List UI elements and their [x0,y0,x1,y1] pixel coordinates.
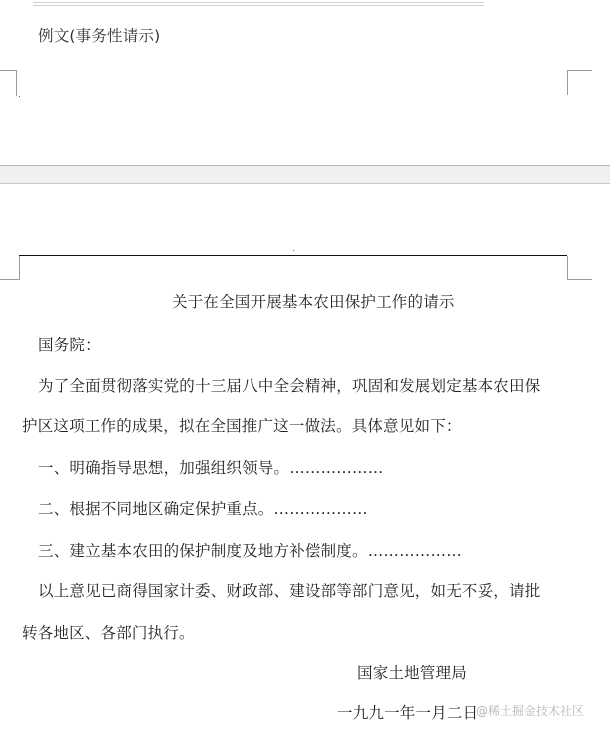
previous-page: 例文(事务性请示) [0,0,610,165]
page-top-rule [33,2,484,6]
header-rule [19,255,567,256]
closing-paragraph[interactable]: 以上意见已商得国家计委、财政部、建设部等部门意见，如无不妥，请批 [38,579,540,601]
header-dot [293,250,294,251]
list-item[interactable]: 二、根据不同地区确定保护重点。……………… [38,497,368,519]
watermark: @稀土掘金技术社区 [476,702,584,719]
margin-dot [19,96,20,97]
margin-corner-mark [567,256,592,280]
closing-paragraph-continued[interactable]: 转各地区、各部门执行。 [22,621,195,643]
previous-page-text[interactable]: 例文(事务性请示) [38,24,160,46]
salutation[interactable]: 国务院： [38,333,101,355]
signature[interactable]: 国家土地管理局 [357,661,467,683]
margin-corner-mark [0,256,20,280]
list-item[interactable]: 一、明确指导思想，加强组织领导。……………… [38,456,383,478]
document-date[interactable]: 一九九一年一月二日 [337,701,478,723]
margin-corner-mark [567,70,592,95]
list-item[interactable]: 三、建立基本农田的保护制度及地方补偿制度。……………… [38,539,462,561]
document-title[interactable]: 关于在全国开展基本农田保护工作的请示 [172,290,455,312]
page-break-gap [0,165,610,184]
margin-corner-mark [0,70,17,96]
body-paragraph-continued[interactable]: 护区这项工作的成果，拟在全国推广这一做法。具体意见如下： [22,414,462,436]
body-paragraph[interactable]: 为了全面贯彻落实党的十三届八中全会精神，巩固和发展划定基本农田保 [38,374,540,396]
